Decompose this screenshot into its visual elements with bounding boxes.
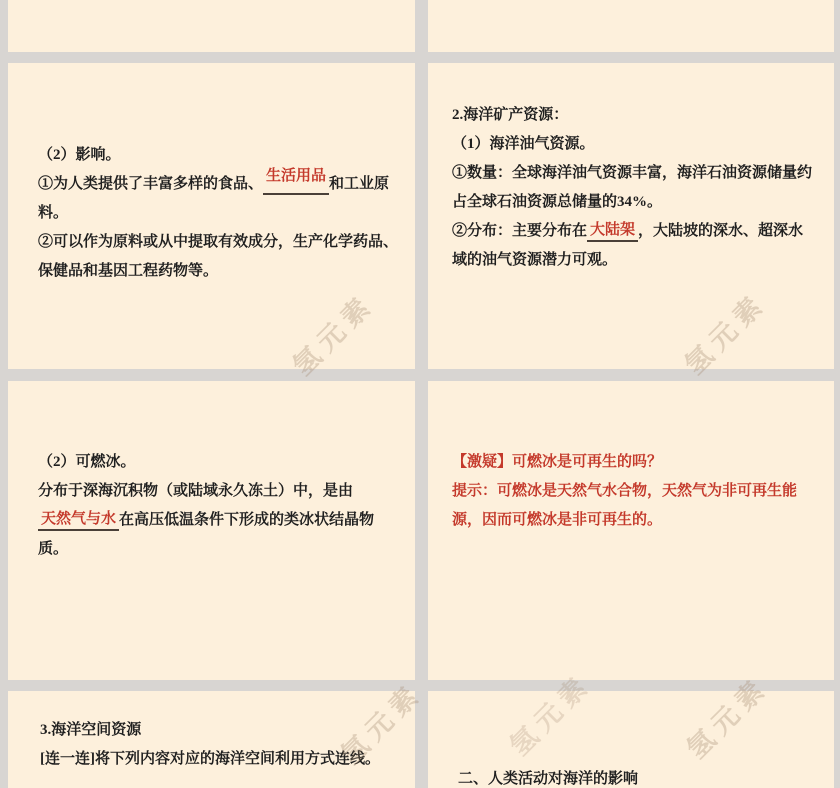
text-line: [连一连]将下列内容对应的海洋空间利用方式连线。 bbox=[40, 745, 404, 774]
slide-thumbnail-bottom-right: 二、人类活动对海洋的影响 bbox=[428, 691, 834, 788]
text-segment: （1）海洋油气资源。 bbox=[452, 136, 595, 152]
slide-text-block: （2）可燃冰。 分布于深海沉积物（或陆域永久冻土）中，是由天然气与水在高压低温条… bbox=[38, 448, 404, 564]
slide-thumbnail-mid-left: （2）影响。 ①为人类提供了丰富多样的食品、生活用品和工业原料。 ②可以作为原料… bbox=[8, 63, 415, 369]
slide-text-block: 3.海洋空间资源 [连一连]将下列内容对应的海洋空间利用方式连线。 bbox=[40, 716, 404, 774]
text-line: 3.海洋空间资源 bbox=[40, 716, 404, 745]
blank-answer: 生活用品 bbox=[266, 164, 326, 185]
text-segment: ②可以作为原料或从中提取有效成分，生产化学药品、保健品和基因工程药物等。 bbox=[38, 234, 398, 279]
blank-answer: 天然气与水 bbox=[41, 507, 116, 528]
fill-in-blank: 大陆架 bbox=[587, 219, 638, 242]
text-segment: 分布于深海沉积物（或陆域永久冻土）中，是由 bbox=[38, 483, 353, 499]
slide-text-block: 二、人类活动对海洋的影响 bbox=[458, 765, 818, 788]
blank-answer: 大陆架 bbox=[590, 218, 635, 239]
text-line: 【激疑】可燃冰是可再生的吗？ bbox=[452, 448, 818, 477]
slide-thumbnail-top-left bbox=[8, 0, 415, 52]
text-segment: [连一连]将下列内容对应的海洋空间利用方式连线。 bbox=[40, 751, 380, 767]
slide-text-block: 【激疑】可燃冰是可再生的吗？ 提示：可燃冰是天然气水合物，天然气为非可再生能源，… bbox=[452, 448, 818, 535]
text-segment: 2.海洋矿产资源： bbox=[452, 107, 568, 123]
text-segment-red: 提示：可燃冰是天然气水合物，天然气为非可再生能源，因而可燃冰是非可再生的。 bbox=[452, 483, 797, 528]
text-line: 二、人类活动对海洋的影响 bbox=[458, 765, 818, 788]
fill-in-blank: 生活用品 bbox=[263, 172, 329, 195]
text-line: （2）影响。 bbox=[38, 141, 404, 170]
text-segment: ①为人类提供了丰富多样的食品、 bbox=[38, 176, 263, 192]
slide-thumbnail-lower-right: 【激疑】可燃冰是可再生的吗？ 提示：可燃冰是天然气水合物，天然气为非可再生能源，… bbox=[428, 381, 834, 680]
text-line: ①数量：全球海洋油气资源丰富，海洋石油资源储量约占全球石油资源总储量的34%。 bbox=[452, 159, 818, 217]
fill-in-blank: 天然气与水 bbox=[38, 508, 119, 531]
text-line: ①为人类提供了丰富多样的食品、生活用品和工业原料。 bbox=[38, 170, 404, 228]
slide-text-block: （2）影响。 ①为人类提供了丰富多样的食品、生活用品和工业原料。 ②可以作为原料… bbox=[38, 141, 404, 286]
text-segment: ②分布：主要分布在 bbox=[452, 223, 587, 239]
text-line: （2）可燃冰。 bbox=[38, 448, 404, 477]
text-segment: （2）可燃冰。 bbox=[38, 454, 136, 470]
slide-thumbnail-top-right bbox=[428, 0, 834, 52]
slide-text-block: 2.海洋矿产资源： （1）海洋油气资源。 ①数量：全球海洋油气资源丰富，海洋石油… bbox=[452, 101, 818, 275]
text-segment-red: 【激疑】可燃冰是可再生的吗？ bbox=[452, 454, 662, 470]
text-segment: （2）影响。 bbox=[38, 147, 121, 163]
text-line: ②可以作为原料或从中提取有效成分，生产化学药品、保健品和基因工程药物等。 bbox=[38, 228, 404, 286]
text-segment: 二、人类活动对海洋的影响 bbox=[458, 771, 638, 787]
text-line: 分布于深海沉积物（或陆域永久冻土）中，是由天然气与水在高压低温条件下形成的类冰状… bbox=[38, 477, 404, 564]
text-line: ②分布：主要分布在大陆架，大陆坡的深水、超深水域的油气资源潜力可观。 bbox=[452, 217, 818, 275]
text-line: 2.海洋矿产资源： bbox=[452, 101, 818, 130]
slide-thumbnail-lower-left: （2）可燃冰。 分布于深海沉积物（或陆域永久冻土）中，是由天然气与水在高压低温条… bbox=[8, 381, 415, 680]
text-line: （1）海洋油气资源。 bbox=[452, 130, 818, 159]
slide-preview-sheet: （2）影响。 ①为人类提供了丰富多样的食品、生活用品和工业原料。 ②可以作为原料… bbox=[0, 0, 840, 788]
text-line: 提示：可燃冰是天然气水合物，天然气为非可再生能源，因而可燃冰是非可再生的。 bbox=[452, 477, 818, 535]
slide-thumbnail-mid-right: 2.海洋矿产资源： （1）海洋油气资源。 ①数量：全球海洋油气资源丰富，海洋石油… bbox=[428, 63, 834, 369]
text-segment: ①数量：全球海洋油气资源丰富，海洋石油资源储量约占全球石油资源总储量的34%。 bbox=[452, 165, 812, 210]
text-segment: 3.海洋空间资源 bbox=[40, 722, 141, 738]
slide-thumbnail-bottom-left: 3.海洋空间资源 [连一连]将下列内容对应的海洋空间利用方式连线。 bbox=[8, 691, 415, 788]
